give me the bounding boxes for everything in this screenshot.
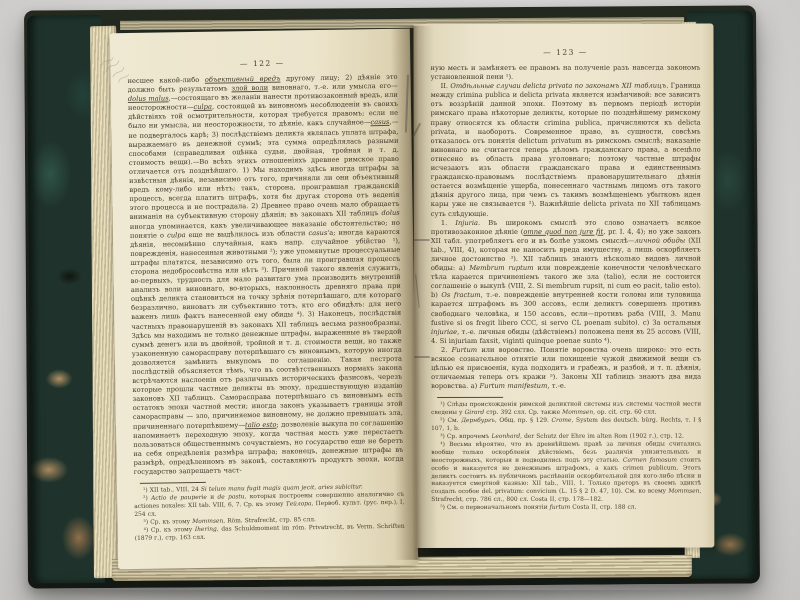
text-segment: Injuria. bbox=[455, 219, 480, 227]
text-segment: , Röm. Strafrecht, стр. 85 слл. bbox=[223, 517, 316, 524]
text-segment: и bbox=[207, 495, 218, 501]
text-segment: , der Schutz der Ehre im alten Rom (1902… bbox=[520, 434, 684, 440]
text-segment: Отдѣльные случаи delicta privata по зако… bbox=[450, 82, 668, 90]
text-segment: II. bbox=[441, 82, 451, 90]
open-book: — 122 — несшее какой-либо объективный вр… bbox=[24, 5, 760, 588]
photo-background: — 122 — несшее какой-либо объективный вр… bbox=[0, 0, 800, 600]
text-segment: Os fractum bbox=[441, 291, 480, 299]
text-segment: dolus bbox=[381, 209, 399, 217]
main-text: ную месть и замѣняетъ ее правомъ на полу… bbox=[431, 64, 702, 392]
paragraph: ⁴) Ср. къ этому Ihering, das Schuldmomen… bbox=[135, 523, 405, 543]
text-segment: culpa bbox=[193, 103, 212, 111]
paragraph: ⁴) Весьма вѣроятно, что въ древнѣйшемъ п… bbox=[431, 441, 701, 505]
text-segment: несшее какой-либо bbox=[128, 76, 205, 85]
page-123-content: — 123 — ную месть и замѣняетъ ее правомъ… bbox=[430, 24, 701, 548]
paragraph: ную месть и замѣняетъ ее правомъ на полу… bbox=[431, 64, 701, 83]
text-segment: Furtum manifestum bbox=[480, 382, 548, 390]
text-segment: , т.-е. личныя обиды (дѣйствіемъ) положе… bbox=[431, 327, 701, 345]
page-122: — 122 — несшее какой-либо объективный вр… bbox=[110, 29, 418, 570]
footnotes: ¹) XII tab., VIII, 24 Si telum manu fugi… bbox=[134, 484, 405, 544]
page-122-content: — 122 — несшее какой-либо объективный вр… bbox=[127, 29, 405, 569]
text-segment: talio esto bbox=[245, 420, 277, 428]
page-number: — 122 — bbox=[127, 57, 397, 70]
text-segment: стр. 392 слл. Ср. также bbox=[484, 410, 562, 416]
text-segment: ³) Ср. къ этому bbox=[143, 519, 192, 526]
text-segment: casus bbox=[308, 228, 327, 236]
text-segment: ⁴) Ср. къ этому bbox=[144, 527, 195, 534]
paragraph: 1. Injuria. Въ широкомъ смыслѣ это слово… bbox=[431, 218, 701, 346]
text-segment: de pastu bbox=[217, 494, 244, 500]
paragraph: ¹) Слѣды происхожденія римской деликтной… bbox=[431, 402, 701, 418]
text-segment: omne quod non jure fit bbox=[523, 227, 603, 235]
pencil-margin-line bbox=[404, 75, 408, 133]
text-segment: Costa II, стр. 188 сл. bbox=[570, 505, 636, 511]
text-segment: ³) Ср. впрочемъ bbox=[440, 434, 491, 440]
text-segment: Crome bbox=[552, 418, 572, 424]
text-segment: Граница между crimina publica и delicta … bbox=[431, 82, 701, 218]
paragraph: 2. Furtum или воровство. Понятіе воровст… bbox=[431, 345, 701, 391]
text-segment: ⁵) См. о первоначальномъ понятіи bbox=[440, 505, 549, 511]
footnote-separator bbox=[140, 482, 206, 484]
pencil-dash-mark bbox=[414, 356, 430, 358]
text-segment: 'а; иногда караются дѣянія, несомнѣнно с… bbox=[130, 227, 403, 430]
text-segment: Mommsen bbox=[192, 518, 223, 524]
footnote-separator bbox=[437, 397, 503, 398]
text-segment: , Общ. пр. § 129. bbox=[495, 418, 552, 424]
text-segment: furtum bbox=[550, 505, 571, 511]
main-text: несшее какой-либо объективный вредъ друг… bbox=[128, 73, 404, 477]
text-segment: Mommsen bbox=[668, 489, 699, 495]
text-segment: объективный вредъ bbox=[205, 75, 281, 84]
text-segment: злой воли bbox=[231, 84, 268, 93]
text-segment: 1. bbox=[441, 219, 456, 227]
text-segment: Girard bbox=[465, 410, 485, 416]
text-segment: culpa bbox=[167, 231, 186, 239]
text-segment: Leonhard bbox=[491, 434, 520, 440]
text-segment: Ihering bbox=[195, 526, 217, 532]
text-segment: , т.-е. bbox=[547, 382, 566, 390]
paragraph: ⁵) См. о первоначальномъ понятіи furtum … bbox=[431, 505, 701, 513]
page-123: — 123 — ную месть и замѣняетъ ее правомъ… bbox=[413, 24, 714, 549]
text-segment: casus bbox=[370, 118, 389, 126]
text-segment: ¹) XII tab., VIII, 24 bbox=[143, 487, 201, 494]
text-segment: ную месть и замѣняетъ ее правомъ на полу… bbox=[431, 64, 701, 82]
text-segment: Тейлора bbox=[286, 501, 312, 507]
text-segment: dolus malus bbox=[128, 95, 169, 104]
paragraph: II. Отдѣльные случаи delicta privata по … bbox=[431, 82, 701, 219]
page-number: — 123 — bbox=[431, 48, 701, 57]
text-segment: ,—не подвергалось карѣ; 3) послѣдствіемъ… bbox=[128, 118, 399, 221]
text-segment: ²) bbox=[143, 496, 151, 502]
text-segment: Membrum ruptum bbox=[469, 264, 533, 272]
footnotes: ¹) Слѣды происхожденія римской деликтной… bbox=[431, 402, 701, 513]
text-segment: Mommsen bbox=[562, 410, 593, 416]
text-segment: Дернбургъ bbox=[461, 418, 495, 424]
pencil-dash-mark bbox=[414, 239, 430, 241]
text-segment: личной обиды bbox=[635, 236, 686, 244]
text-segment: Furtum bbox=[452, 346, 477, 354]
text-segment: , op. cit. стр. 60 слл. bbox=[593, 410, 656, 416]
paragraph: несшее какой-либо объективный вредъ друг… bbox=[128, 73, 404, 477]
text-segment: Carmen famosum bbox=[623, 457, 677, 463]
text-segment: injuriae bbox=[431, 328, 457, 336]
pencil-margin-line bbox=[415, 274, 420, 308]
pencil-check-mark bbox=[412, 123, 421, 138]
text-segment: 2. bbox=[441, 346, 452, 354]
text-segment: ²) См. bbox=[440, 418, 461, 424]
paragraph: ²) См. Дернбургъ, Общ. пр. § 129. Crome,… bbox=[431, 418, 701, 434]
book-shadow bbox=[40, 590, 760, 600]
text-segment: Actio de pauperie bbox=[151, 495, 207, 502]
